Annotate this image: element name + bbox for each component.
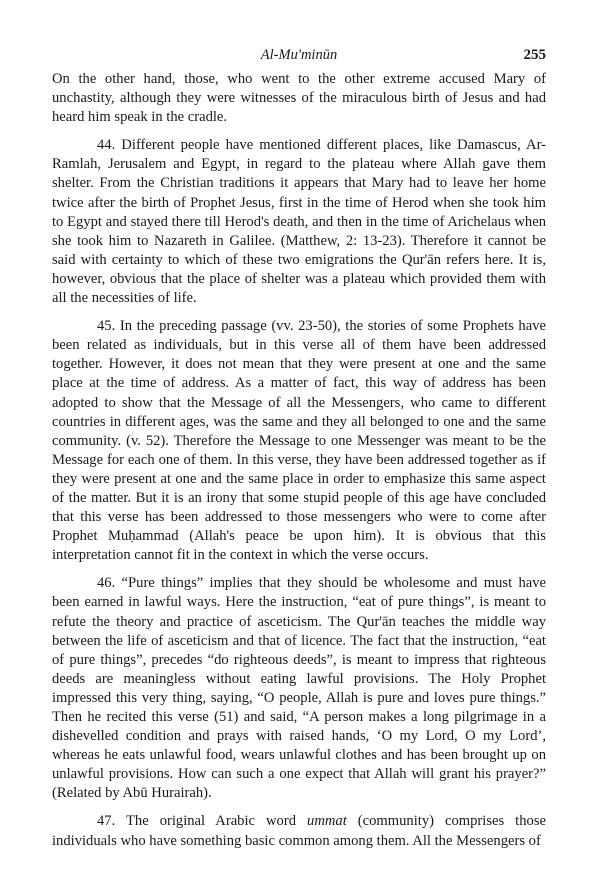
note-44: 44. Different people have mentioned diff…: [52, 136, 546, 308]
note-46: 46. “Pure things” implies that they shou…: [52, 574, 546, 803]
note-45: 45. In the preceding passage (vv. 23-50)…: [52, 317, 546, 565]
paragraph-text: On the other hand, those, who went to th…: [52, 71, 546, 125]
note-47: 47. The original Arabic word ummat (comm…: [52, 812, 546, 850]
book-page: Al-Mu'minūn 255 On the other hand, those…: [52, 44, 546, 851]
running-head: Al-Mu'minūn 255: [52, 44, 546, 70]
paragraph-text: The original Arabic word: [126, 813, 307, 829]
note-number: 46.: [97, 575, 115, 591]
note-number: 47.: [97, 813, 115, 829]
note-number: 45.: [97, 318, 115, 334]
paragraph-text: In the preceding passage (vv. 23-50), th…: [52, 318, 546, 563]
paragraph-text: Different people have mentioned differen…: [52, 137, 546, 306]
paragraph-continuation: On the other hand, those, who went to th…: [52, 70, 546, 127]
running-title: Al-Mu'minūn: [52, 46, 546, 65]
page-number: 255: [524, 46, 547, 65]
arabic-term: ummat: [307, 813, 347, 829]
paragraph-text: “Pure things” implies that they should b…: [52, 575, 546, 801]
note-number: 44.: [97, 137, 115, 153]
